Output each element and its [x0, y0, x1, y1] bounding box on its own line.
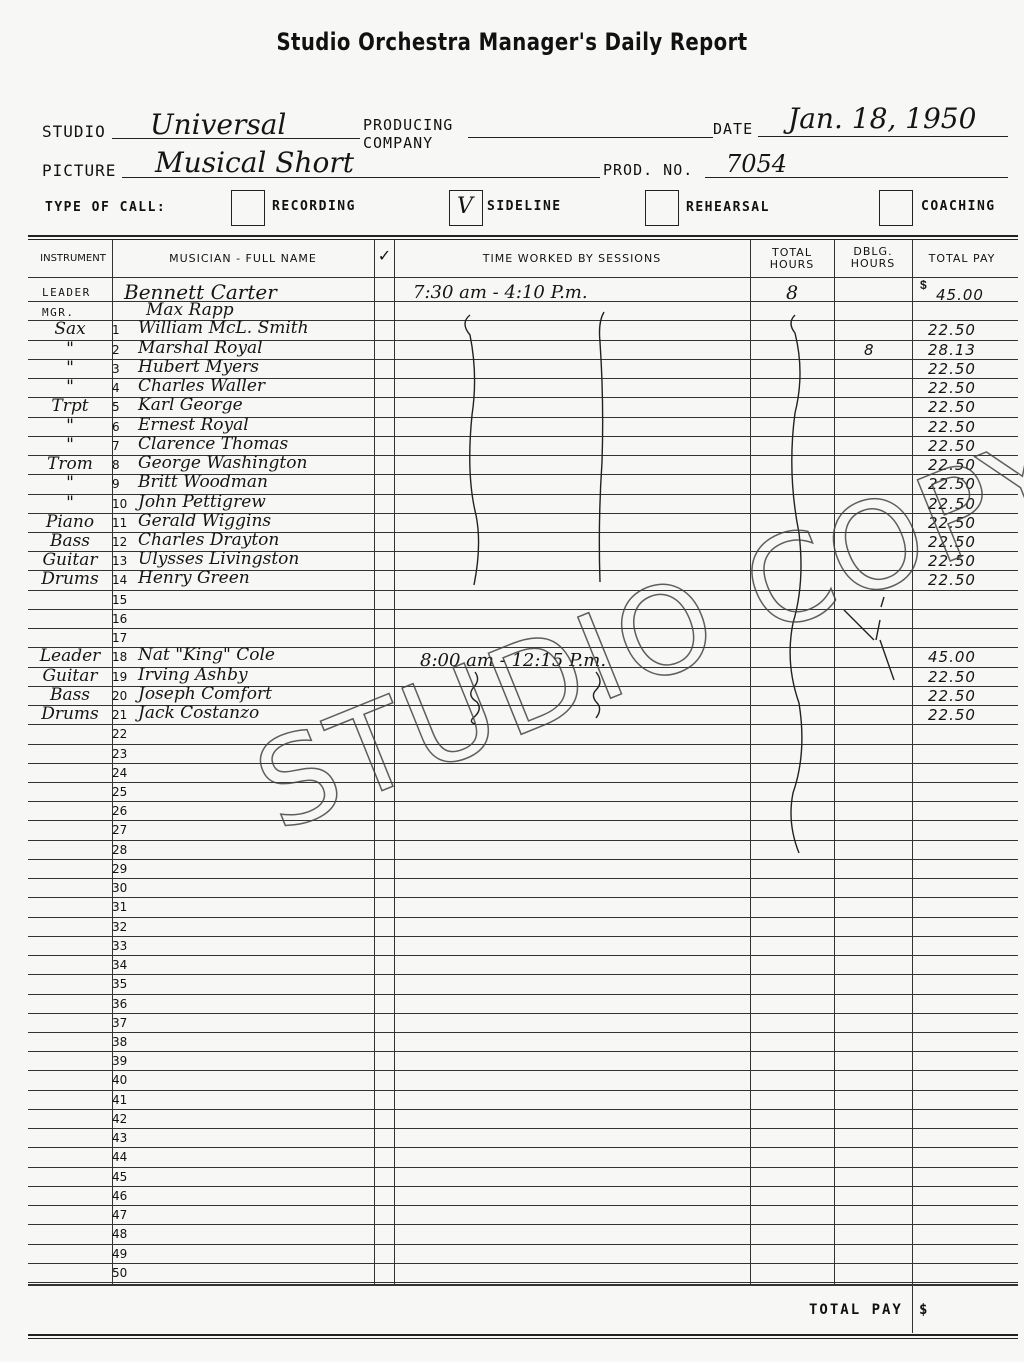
footer-total-pay-value[interactable] [935, 1298, 1005, 1320]
footer-currency: $ [919, 1302, 929, 1318]
footer-rule-2 [28, 1338, 1018, 1339]
footer-rule [28, 1334, 1018, 1336]
footer-total-pay-label: TOTAL PAY [809, 1302, 903, 1318]
footer-divider [912, 1283, 913, 1333]
